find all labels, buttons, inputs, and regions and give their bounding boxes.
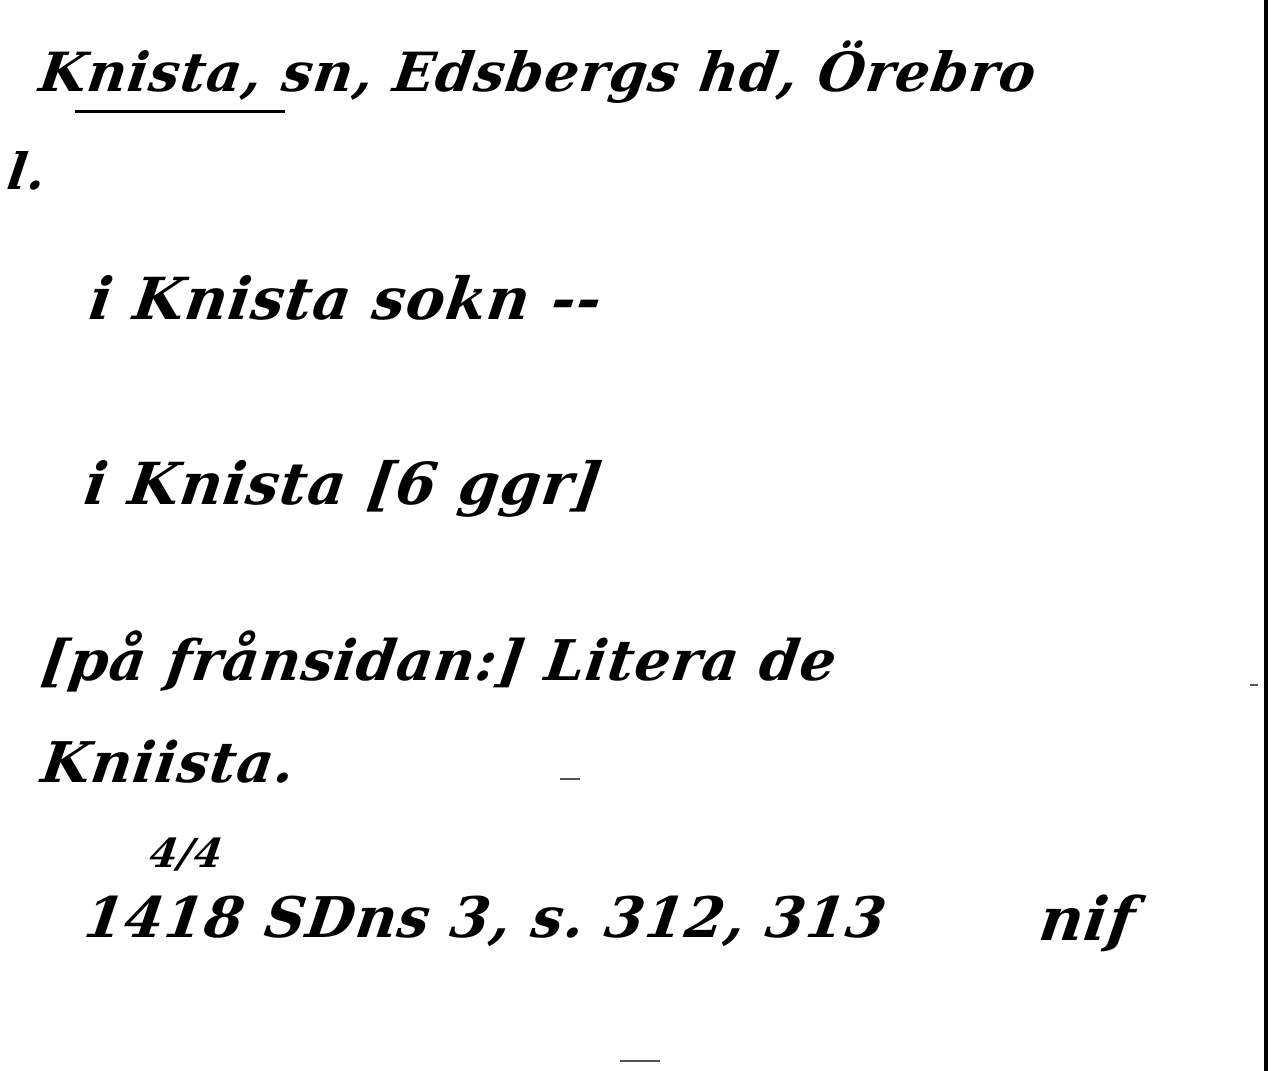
headword-underline: [75, 110, 285, 113]
date-fraction: 4/4: [147, 830, 227, 877]
signature: nif: [1035, 885, 1140, 955]
scan-speck: [620, 1060, 660, 1062]
source-reference: 1418 SDns 3, s. 312, 313: [80, 885, 891, 951]
scan-speck: [560, 778, 580, 780]
entry-line-1: i Knista sokn --: [85, 265, 607, 333]
heading-details: , sn, Edsbergs hd, Örebro: [239, 40, 1041, 104]
scan-speck: [1250, 684, 1258, 686]
headword: Knista: [36, 40, 248, 104]
card-edge-border: [1264, 0, 1268, 1071]
card-heading: Knista, sn, Edsbergs hd, Örebro: [36, 40, 1041, 104]
heading-continuation: l.: [4, 142, 51, 201]
entry-line-3: [på frånsidan:] Litera de: [37, 628, 841, 694]
archive-card: Knista, sn, Edsbergs hd, Örebro l. i Kni…: [0, 0, 1272, 1071]
entry-line-2: i Knista [6 ggr]: [80, 450, 607, 518]
entry-line-4: Kniista.: [37, 730, 299, 796]
